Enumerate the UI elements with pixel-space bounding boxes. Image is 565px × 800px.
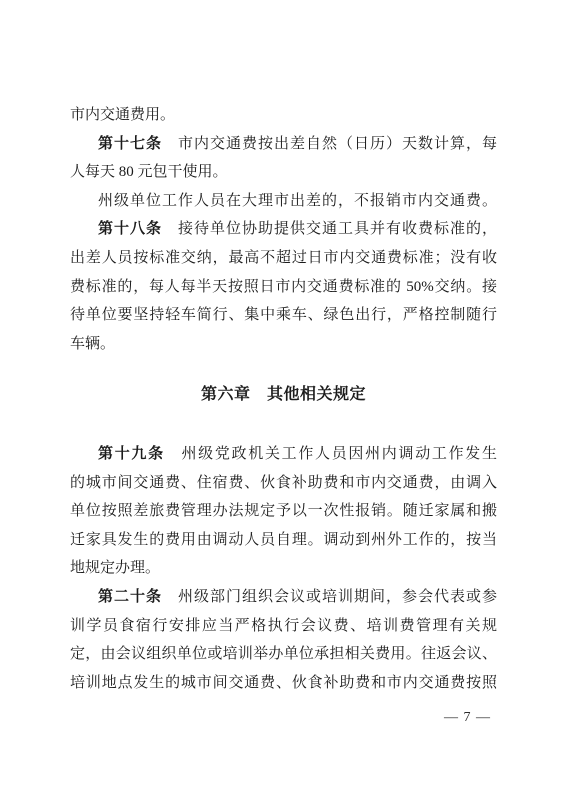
text-run: 费标准的，每人每半天按照日市内交通费标准的 50%交纳。接 (70, 279, 497, 295)
text-line: 迁家具发生的费用由调动人员自理。调动到州外工作的，按当 (70, 526, 497, 555)
text-line: 培训地点发生的城市间交通费、伙食补助费和市内交通费按照 (70, 669, 497, 698)
text-run: 州级部门组织会议或培训期间，参会代表或参 (162, 589, 497, 605)
text-run: 州级党政机关工作人员因州内调动工作发生 (165, 446, 497, 462)
text-run: 市内交通费用。 (70, 107, 175, 123)
text-run: 州级单位工作人员在大理市出差的，不报销市内交通费。 (98, 193, 497, 209)
bold-text-run: 第六章 其他相关规定 (201, 386, 366, 403)
text-run: 训学员食宿行安排应当严格执行会议费、培训费管理有关规 (70, 618, 497, 634)
text-line: 费标准的，每人每半天按照日市内交通费标准的 50%交纳。接 (70, 273, 497, 302)
text-run: 单位按照差旅费管理办法规定予以一次性报销。随迁家属和搬 (70, 503, 497, 519)
text-run: 人每天 80 元包干使用。 (70, 164, 228, 180)
text-run: 定，由会议组织单位或培训举办单位承担相关费用。往返会议、 (70, 646, 497, 662)
text-line: 第二十条 州级部门组织会议或培训期间，参会代表或参 (70, 583, 497, 612)
text-line: 单位按照差旅费管理办法规定予以一次性报销。随迁家属和搬 (70, 497, 497, 526)
text-run: 接待单位协助提供交通工具并有收费标准的， (162, 221, 497, 237)
text-line: 第十七条 市内交通费按出差自然（日历）天数计算，每 (70, 130, 497, 159)
text-run: 车辆。 (70, 336, 115, 352)
text-run: 待单位要坚持轻车简行、集中乘车、绿色出行，严格控制随行 (70, 307, 497, 323)
text-line: 车辆。 (70, 330, 497, 359)
bold-text-run: 第十八条 (98, 221, 162, 237)
text-line: 地规定办理。 (70, 554, 497, 583)
document-body: 市内交通费用。第十七条 市内交通费按出差自然（日历）天数计算，每人每天 80 元… (70, 101, 497, 697)
text-line: 训学员食宿行安排应当严格执行会议费、培训费管理有关规 (70, 612, 497, 641)
chapter-heading: 第六章 其他相关规定 (70, 381, 497, 410)
text-run: 市内交通费按出差自然（日历）天数计算，每 (162, 136, 497, 152)
text-line: 第十八条 接待单位协助提供交通工具并有收费标准的， (70, 215, 497, 244)
document-page: 市内交通费用。第十七条 市内交通费按出差自然（日历）天数计算，每人每天 80 元… (0, 0, 565, 800)
text-run: 地规定办理。 (70, 560, 160, 576)
text-run: 出差人员按标准交纳，最高不超过日市内交通费标准；没有收 (70, 250, 497, 266)
bold-text-run: 第二十条 (98, 589, 162, 605)
text-line: 定，由会议组织单位或培训举办单位承担相关费用。往返会议、 (70, 640, 497, 669)
text-line: 州级单位工作人员在大理市出差的，不报销市内交通费。 (70, 187, 497, 216)
text-run: 迁家具发生的费用由调动人员自理。调动到州外工作的，按当 (70, 532, 497, 548)
page-number: — 7 — (70, 704, 497, 733)
text-line: 市内交通费用。 (70, 101, 497, 130)
text-line: 的城市间交通费、住宿费、伙食补助费和市内交通费，由调入 (70, 469, 497, 498)
bold-text-run: 第十七条 (98, 136, 162, 152)
text-line: 人每天 80 元包干使用。 (70, 158, 497, 187)
text-run: 培训地点发生的城市间交通费、伙食补助费和市内交通费按照 (70, 675, 497, 691)
text-run: 的城市间交通费、住宿费、伙食补助费和市内交通费，由调入 (70, 475, 497, 491)
bold-text-run: 第十九条 (98, 446, 165, 462)
text-line: 第十九条 州级党政机关工作人员因州内调动工作发生 (70, 440, 497, 469)
text-line: 待单位要坚持轻车简行、集中乘车、绿色出行，严格控制随行 (70, 301, 497, 330)
text-line: 出差人员按标准交纳，最高不超过日市内交通费标准；没有收 (70, 244, 497, 273)
